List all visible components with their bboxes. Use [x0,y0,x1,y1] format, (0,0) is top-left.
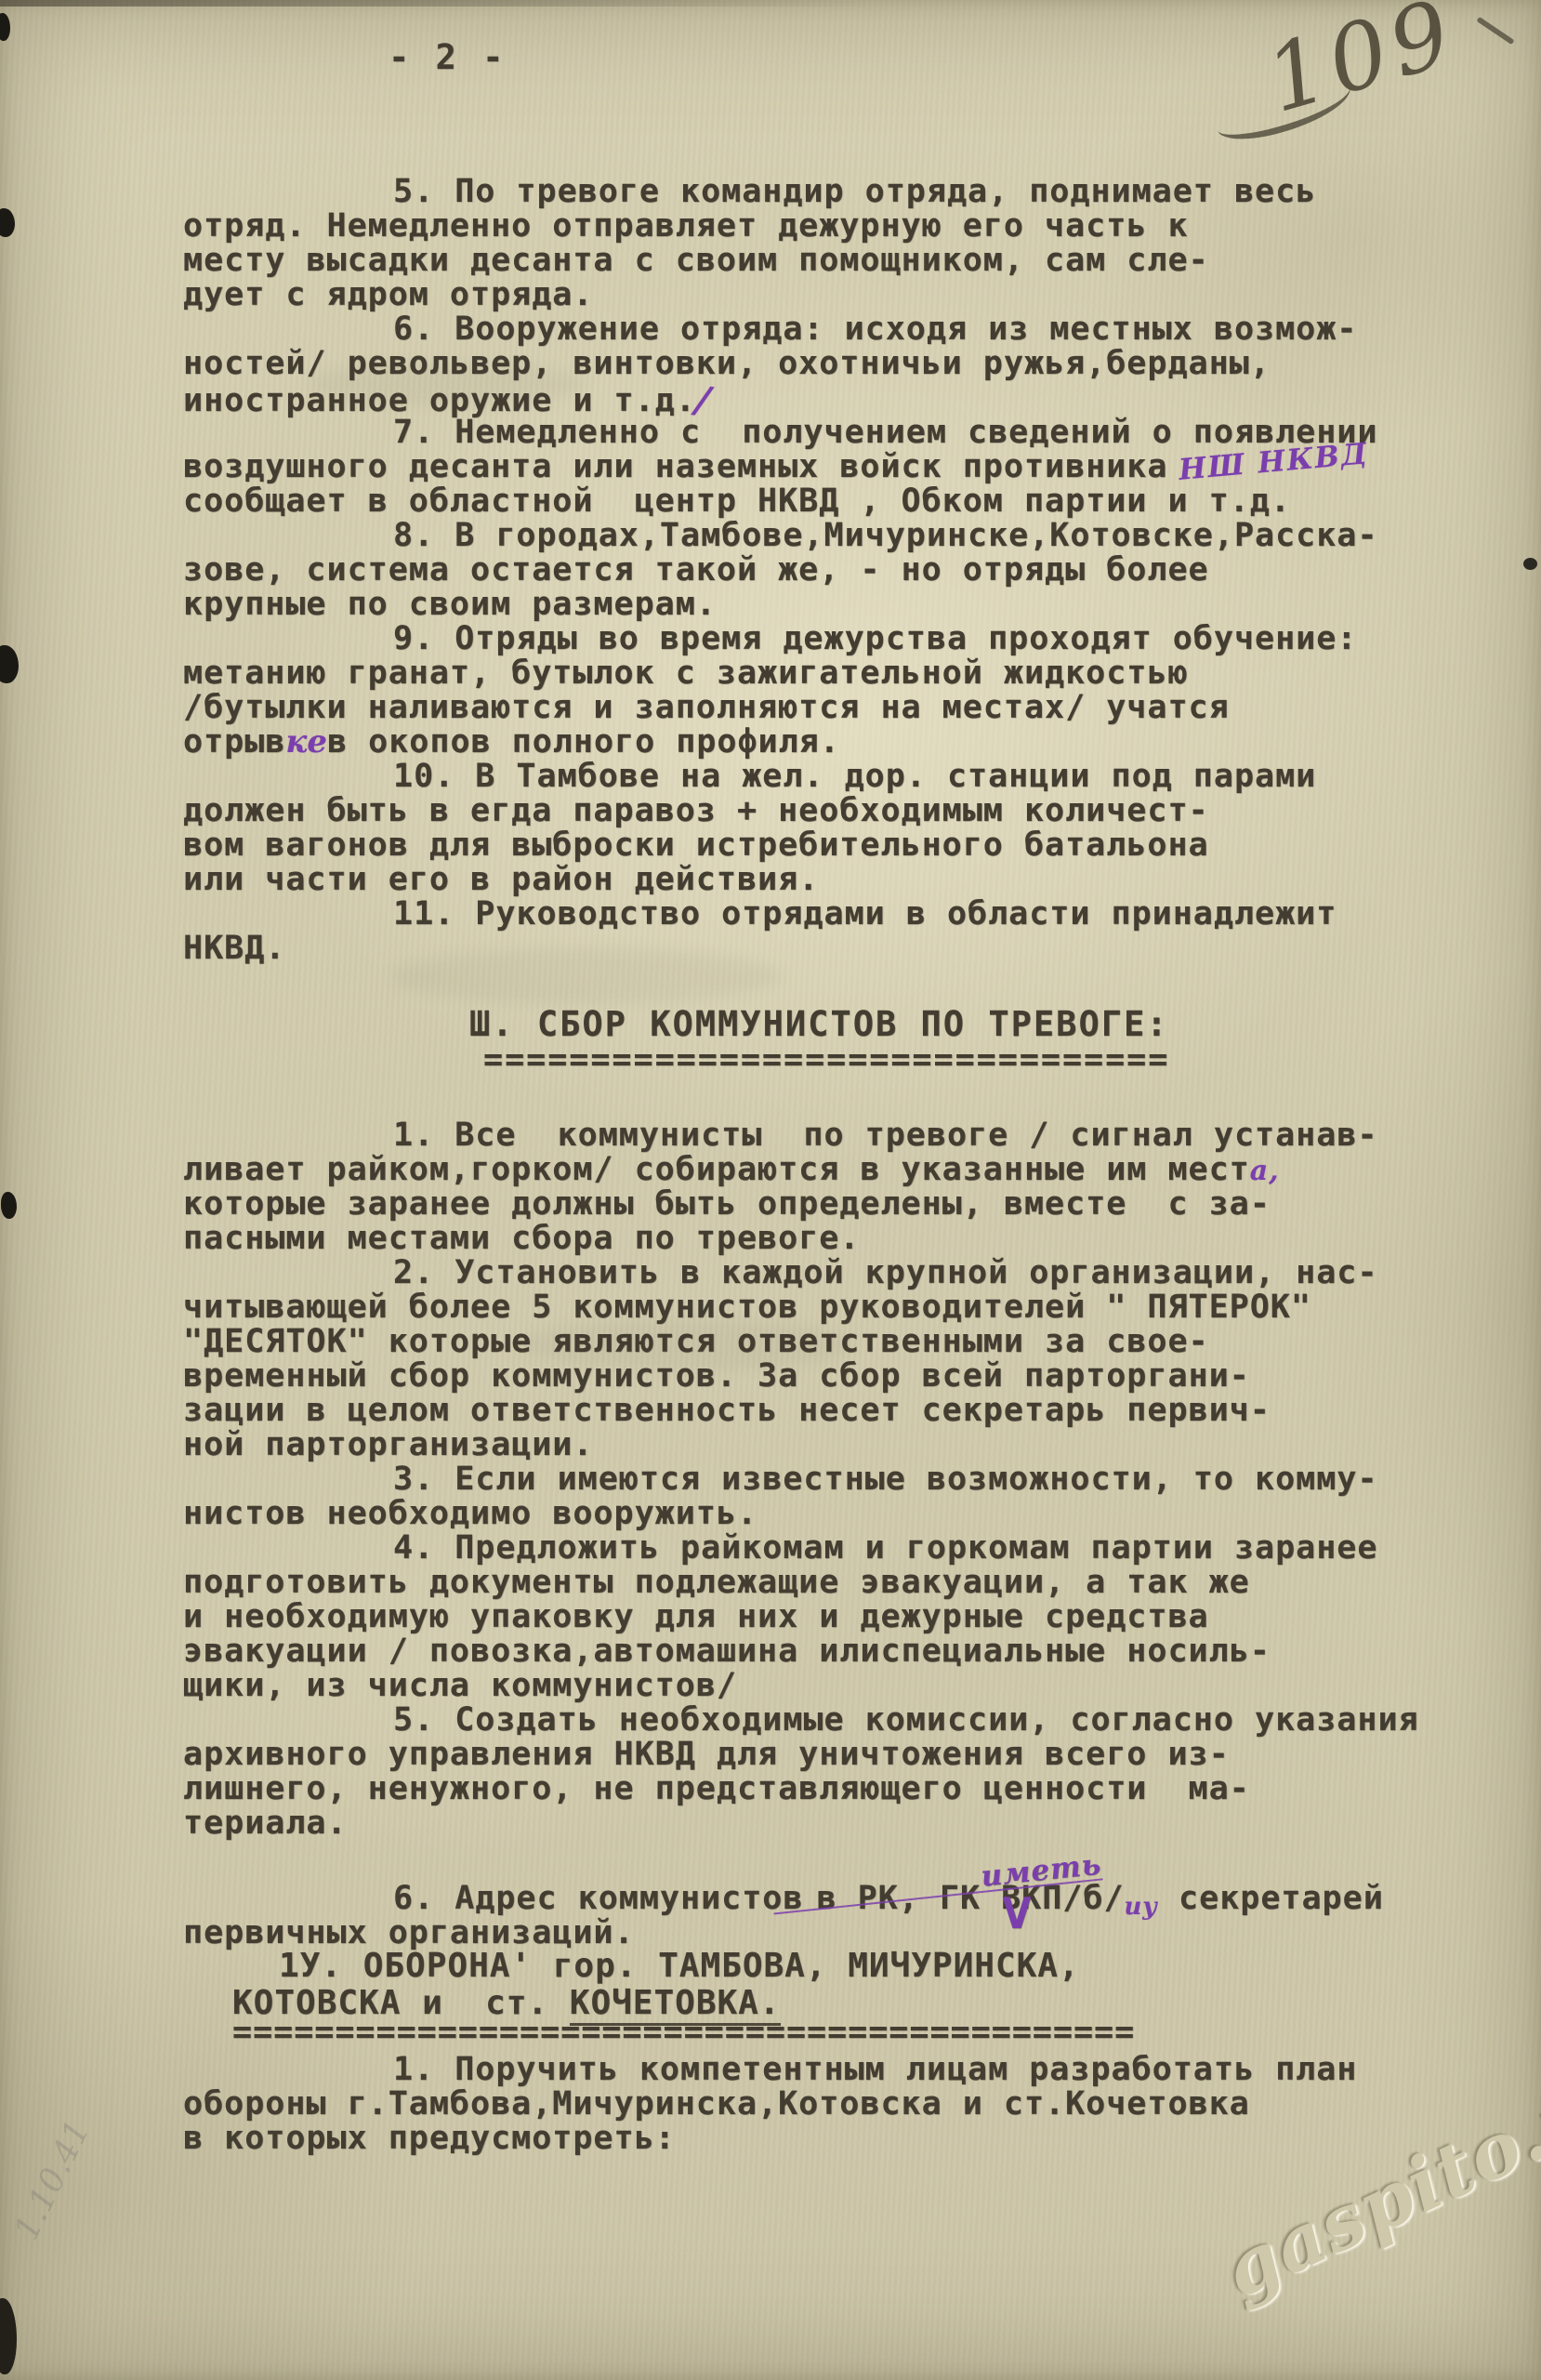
typed-line: подготовить документы подлежащие эвакуац… [183,1566,1447,1600]
typed-line: териала. [183,1806,1447,1841]
typed-line: зации в целом ответственность несет секр… [183,1394,1447,1428]
insertion-caret-icon: V [792,1895,1032,1935]
typed-line: 3. Если имеются известные возможности, т… [183,1462,1447,1497]
typed-line: месту высадки десанта с своим помощником… [183,244,1447,278]
typed-text: отрыв [183,723,285,760]
typed-line: ной парторганизации. [183,1428,1447,1462]
typed-line: крупные по своим размерам. [183,588,1447,622]
ink-blob [0,2298,17,2374]
typed-line: отряд. Немедленно отправляет дежурную ег… [183,209,1447,244]
typed-line: щики, из числа коммунистов/ [183,1669,1447,1703]
typed-line: 2. Установить в каждой крупной организац… [183,1256,1447,1290]
typed-line: ностей/ револьвер, винтовки, охотничьи р… [183,347,1447,381]
typed-text: секретарей [1158,1880,1384,1917]
typed-line: или части его в район действия. [183,863,1447,897]
typed-line: которые заранее должны быть определены, … [183,1187,1447,1222]
typed-line: /бутылки наливаются и заполняются на мес… [183,691,1447,725]
ink-correction: а, [1250,1155,1280,1187]
typed-line: 7. Немедленно с получением сведений о по… [183,416,1447,450]
typed-line: 1. Все коммунисты по тревоге / сигнал ус… [183,1118,1447,1153]
typed-text: в окопов полного профиля. [327,723,840,760]
typed-line: 4. Предложить райкомам и горкомам партии… [183,1531,1447,1566]
typed-line: воздушного десанта или наземных войск пр… [183,450,1447,484]
section-4-paragraphs: 1. Поручить компетентным лицам разработа… [183,2053,1447,2156]
typed-line: вом вагонов для выброски истребительного… [183,828,1447,863]
typed-text: ливает райком,горком/ собираются в указа… [183,1151,1250,1188]
section-3-heading: Ш. СБОР КОММУНИСТОВ ПО ТРЕВОГЕ: [469,1004,1169,1044]
ink-blob [0,13,10,41]
typed-line: 11. Руководство отрядами в области прина… [183,897,1447,932]
typed-line: 10. В Тамбове на жел. дор. станции под п… [183,760,1447,794]
typed-line: иностранное оружие и т.д./ [183,381,1447,416]
ink-correction: ке [285,723,327,760]
page-top-edge-shadow [0,0,874,7]
ink-blob [0,645,19,683]
section-3-heading-underline: ================================ [483,1041,1169,1078]
typed-line: дует с ядром отряда. [183,278,1447,312]
section-4-heading-underline: ========================================… [232,2014,1135,2051]
typed-line: ливает райком,горком/ собираются в указа… [183,1153,1447,1187]
section-3-paragraphs: 1. Все коммунисты по тревоге / сигнал ус… [183,1118,1447,1950]
typed-line: эвакуации / повозка,автомашина илиспециа… [183,1634,1447,1669]
typed-line: 8. В городах,Тамбове,Мичуринске,Котовске… [183,519,1447,553]
typed-line: 9. Отряды во время дежурства проходят об… [183,622,1447,656]
typed-line: зове, система остается такой же, - но от… [183,553,1447,588]
typed-line: метанию гранат, бутылок с зажигательной … [183,656,1447,691]
pencil-tick [1476,17,1514,46]
typed-line: архивного управления НКВД для уничтожени… [183,1738,1447,1772]
section-4-heading-line1: 1У. ОБОРОНА' гор. ТАМБОВА, МИЧУРИНСКА, [279,1947,1080,1985]
section-2-paragraphs: 5. По тревоге командир отряда, поднимает… [183,175,1447,966]
typed-line: "ДЕСЯТОК" которые являются ответственным… [183,1325,1447,1359]
typed-line: и необходимую упаковку для них и дежурны… [183,1600,1447,1634]
typed-line: 6. Вооружение отряда: исходя из местных … [183,312,1447,347]
typed-line: НКВД. [183,932,1447,966]
typed-line: должен быть в егда паравоз + необходимым… [183,794,1447,828]
typed-line: пасными местами сбора по тревоге. [183,1222,1447,1256]
typed-line: отрывкев окопов полного профиля. [183,725,1447,760]
typed-line: лишнего, ненужного, не представляющего ц… [183,1772,1447,1806]
typed-line: в которых предусмотреть: [183,2122,1447,2156]
ink-correction: иу [1125,1893,1158,1921]
ink-blob [0,208,15,237]
typed-text: воздушного десанта или наземных войск пр… [183,448,1167,485]
paragraph-gap [183,1841,1447,1882]
typed-line: обороны г.Тамбова,Мичуринска,Котовска и … [183,2087,1447,2122]
ink-blob [1,1192,17,1219]
typed-text: 6. Адрес коммунистов [393,1880,803,1917]
faint-pencil-date: 1.10.41 [7,2114,98,2245]
page-number: - 2 - [389,37,506,77]
typed-line: 1. Поручить компетентным лицам разработа… [183,2053,1447,2087]
typed-line: временный сбор коммунистов. За сбор всей… [183,1359,1447,1394]
typed-line: сообщает в областной центр НКВД , Обком … [183,484,1447,519]
typed-line: 5. Создать необходимые комиссии, согласн… [183,1703,1447,1738]
ink-speck [1523,558,1537,570]
typed-line: нистов необходимо вооружить. [183,1497,1447,1531]
typed-line: читывающей более 5 коммунистов руководит… [183,1290,1447,1325]
typed-line-with-insertion: 6. Адрес коммунистовиметьVв РК, ГК ВКП/б… [183,1882,1447,1916]
typed-line: 5. По тревоге командир отряда, поднимает… [183,175,1447,209]
scanned-document-page: - 2 - 109 5. По тревоге командир отряда,… [0,0,1541,2380]
